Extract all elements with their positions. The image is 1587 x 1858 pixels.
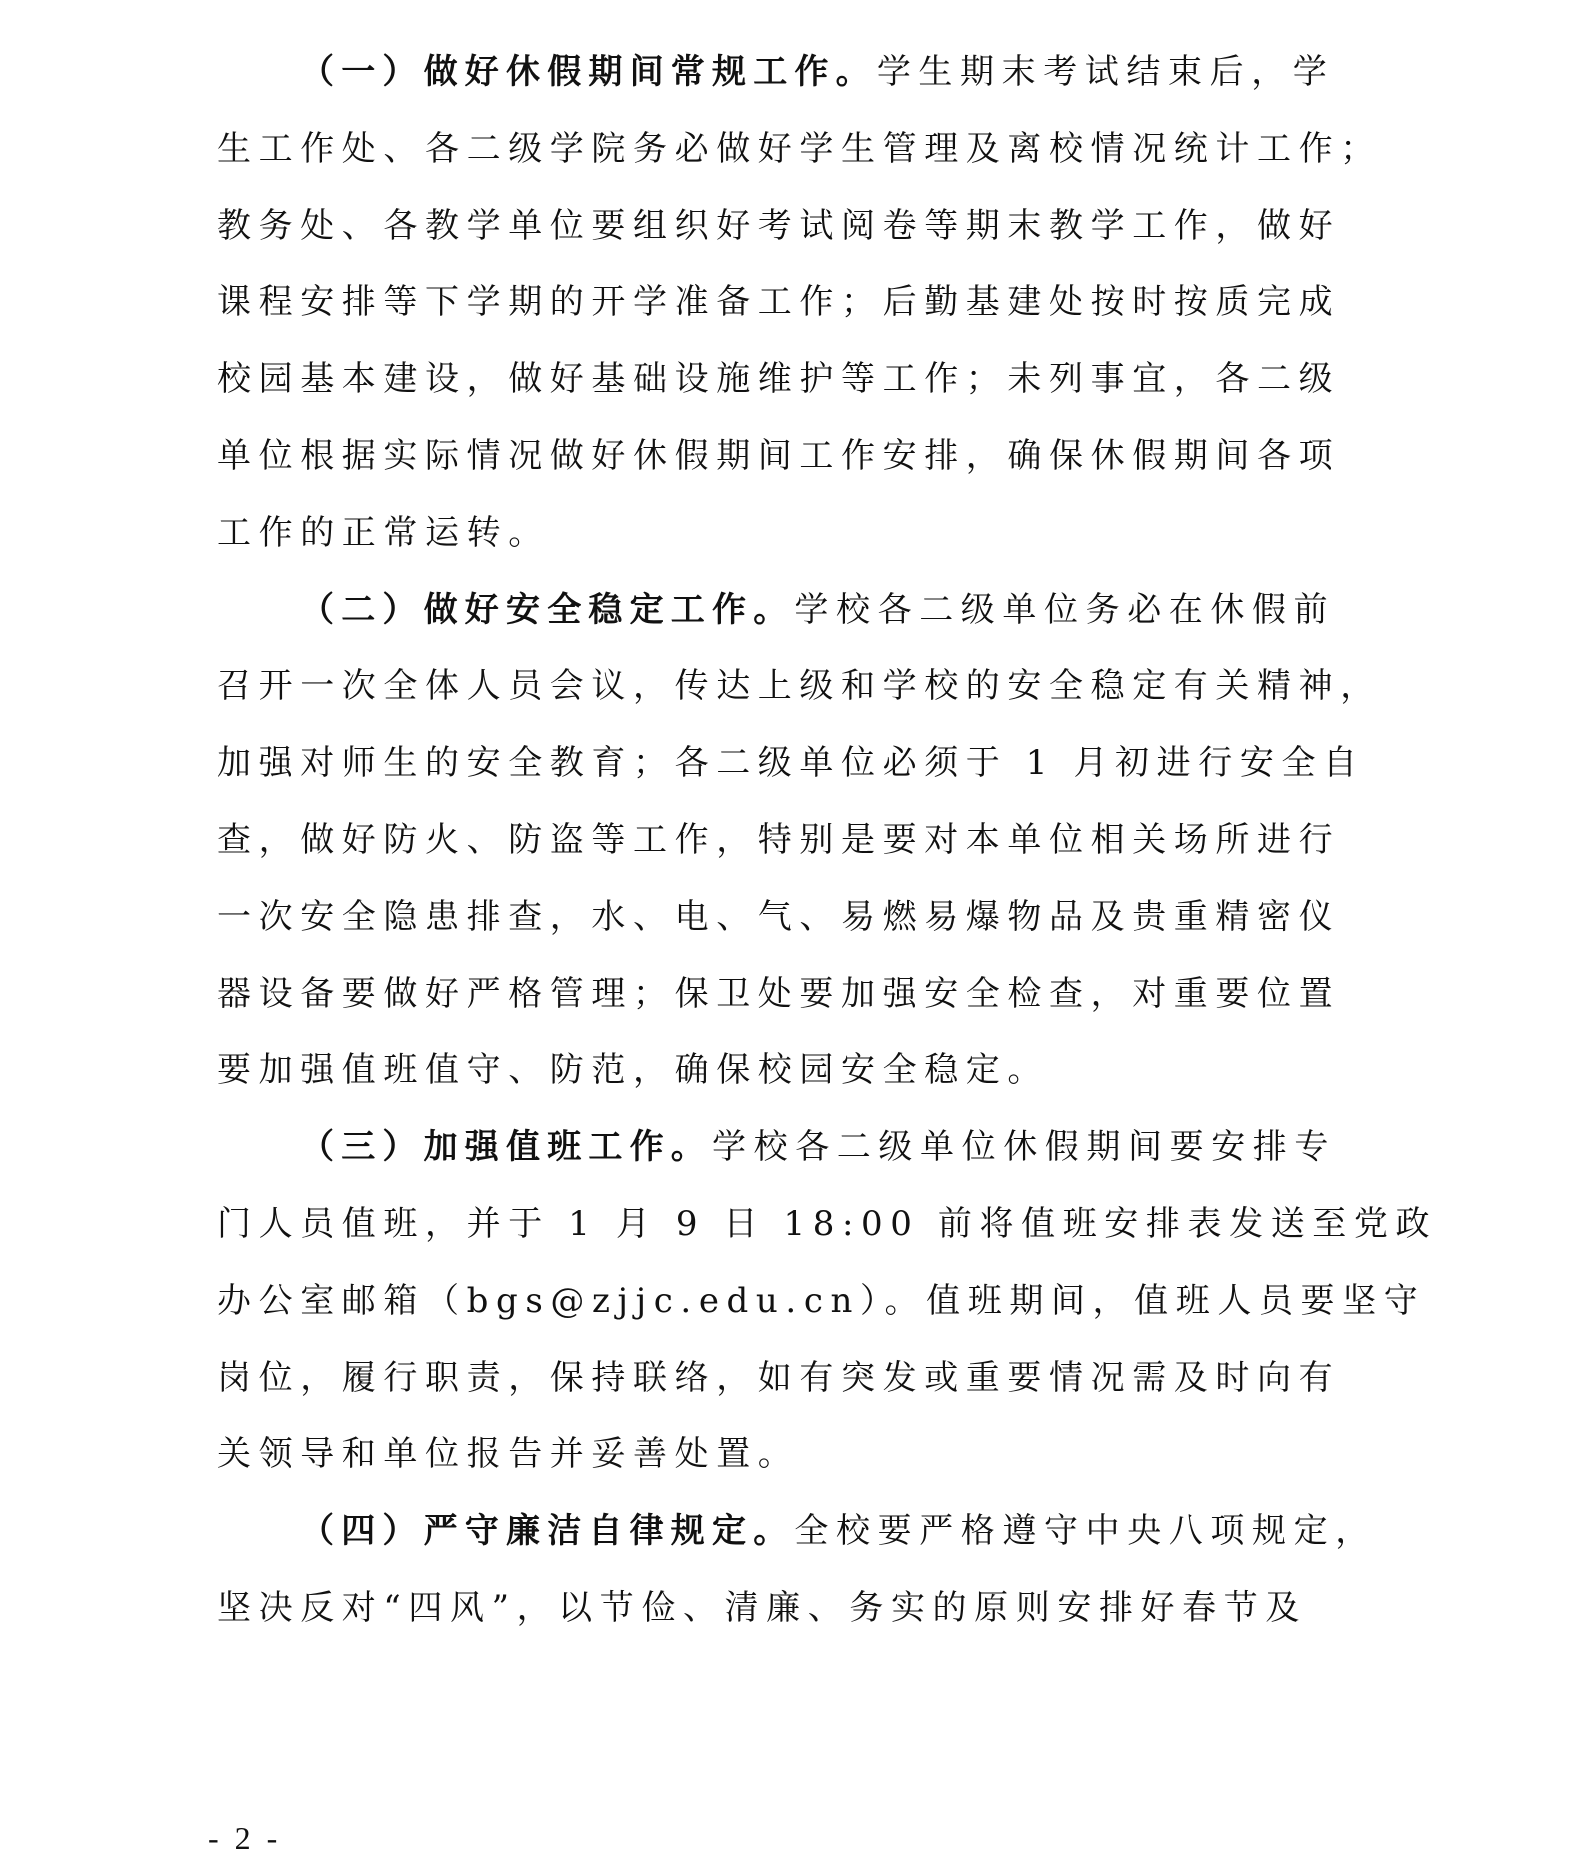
paragraph-line: 要加强值班值守、防范，确保校园安全稳定。	[217, 1032, 1389, 1109]
paragraph-line: 关领导和单位报告并妥善处置。	[217, 1416, 1389, 1493]
paragraph-line: 教务处、各教学单位要组织好考试阅卷等期末教学工作，做好	[217, 188, 1389, 265]
paragraph-line: 办公室邮箱（bgs@zjjc.edu.cn）。值班期间，值班人员要坚守	[217, 1263, 1389, 1340]
paragraph-line: （二）做好安全稳定工作。学校各二级单位务必在休假前	[217, 572, 1389, 649]
page-number: - 2 -	[208, 1818, 281, 1858]
paragraph-text: 课程安排等下学期的开学准备工作；后勤基建处按时按质完成	[217, 282, 1340, 322]
section-heading: （三）加强值班工作。	[300, 1127, 712, 1167]
paragraph-line: 召开一次全体人员会议，传达上级和学校的安全稳定有关精神，	[217, 648, 1389, 725]
section-4-integrity-rules: （四）严守廉洁自律规定。全校要严格遵守中央八项规定， 坚决反对“四风”，以节俭、…	[217, 1493, 1389, 1647]
section-heading: （一）做好休假期间常规工作。	[300, 52, 877, 92]
paragraph-text: 查，做好防火、防盗等工作，特别是要对本单位相关场所进行	[217, 820, 1340, 860]
paragraph-text: 岗位，履行职责，保持联络，如有突发或重要情况需及时向有	[217, 1358, 1340, 1398]
section-2-safety-stability: （二）做好安全稳定工作。学校各二级单位务必在休假前 召开一次全体人员会议，传达上…	[217, 572, 1389, 1110]
paragraph-line: 坚决反对“四风”，以节俭、清廉、务实的原则安排好春节及	[217, 1570, 1389, 1647]
paragraph-line: 一次安全隐患排查，水、电、气、易燃易爆物品及贵重精密仪	[217, 879, 1389, 956]
paragraph-line: 查，做好防火、防盗等工作，特别是要对本单位相关场所进行	[217, 802, 1389, 879]
paragraph-text: 要加强值班值守、防范，确保校园安全稳定。	[217, 1050, 1049, 1090]
paragraph-line: 门人员值班，并于 1 月 9 日 18:00 前将值班安排表发送至党政	[217, 1186, 1389, 1263]
paragraph-line: 校园基本建设，做好基础设施维护等工作；未列事宜，各二级	[217, 341, 1389, 418]
section-1-routine-work: （一）做好休假期间常规工作。学生期末考试结束后，学 生工作处、各二级学院务必做好…	[217, 34, 1389, 572]
document-page: （一）做好休假期间常规工作。学生期末考试结束后，学 生工作处、各二级学院务必做好…	[0, 0, 1587, 1858]
paragraph-text: 一次安全隐患排查，水、电、气、易燃易爆物品及贵重精密仪	[217, 897, 1340, 937]
paragraph-text: 学校各二级单位务必在休假前	[794, 590, 1335, 630]
paragraph-text: 单位根据实际情况做好休假期间工作安排，确保休假期间各项	[217, 436, 1340, 476]
section-3-duty-work: （三）加强值班工作。学校各二级单位休假期间要安排专 门人员值班，并于 1 月 9…	[217, 1109, 1389, 1493]
paragraph-text: 全校要严格遵守中央八项规定，	[794, 1511, 1376, 1551]
paragraph-text: 教务处、各教学单位要组织好考试阅卷等期末教学工作，做好	[217, 206, 1340, 246]
document-body: （一）做好休假期间常规工作。学生期末考试结束后，学 生工作处、各二级学院务必做好…	[217, 34, 1389, 1647]
paragraph-text: 工作的正常运转。	[217, 513, 550, 553]
paragraph-line: 岗位，履行职责，保持联络，如有突发或重要情况需及时向有	[217, 1340, 1389, 1417]
paragraph-line: 器设备要做好严格管理；保卫处要加强安全检查，对重要位置	[217, 956, 1389, 1033]
paragraph-text: 学生期末考试结束后，学	[877, 52, 1335, 92]
paragraph-line: 生工作处、各二级学院务必做好学生管理及离校情况统计工作；	[217, 111, 1389, 188]
paragraph-line: （一）做好休假期间常规工作。学生期末考试结束后，学	[217, 34, 1389, 111]
paragraph-line: （三）加强值班工作。学校各二级单位休假期间要安排专	[217, 1109, 1389, 1186]
paragraph-line: （四）严守廉洁自律规定。全校要严格遵守中央八项规定，	[217, 1493, 1389, 1570]
paragraph-text: 门人员值班，并于 1 月 9 日 18:00 前将值班安排表发送至党政	[217, 1204, 1437, 1244]
section-heading: （二）做好安全稳定工作。	[300, 590, 794, 630]
paragraph-line: 加强对师生的安全教育；各二级单位必须于 1 月初进行安全自	[217, 725, 1389, 802]
paragraph-text: 学校各二级单位休假期间要安排专	[712, 1127, 1336, 1167]
paragraph-text: 生工作处、各二级学院务必做好学生管理及离校情况统计工作；	[217, 129, 1382, 169]
paragraph-text: 校园基本建设，做好基础设施维护等工作；未列事宜，各二级	[217, 359, 1340, 399]
paragraph-line: 工作的正常运转。	[217, 495, 1389, 572]
paragraph-line: 课程安排等下学期的开学准备工作；后勤基建处按时按质完成	[217, 264, 1389, 341]
paragraph-text: 召开一次全体人员会议，传达上级和学校的安全稳定有关精神，	[217, 666, 1382, 706]
paragraph-text: 器设备要做好严格管理；保卫处要加强安全检查，对重要位置	[217, 974, 1340, 1014]
paragraph-text: 关领导和单位报告并妥善处置。	[217, 1434, 799, 1474]
paragraph-line: 单位根据实际情况做好休假期间工作安排，确保休假期间各项	[217, 418, 1389, 495]
paragraph-text: 坚决反对“四风”，以节俭、清廉、务实的原则安排好春节及	[217, 1588, 1307, 1628]
paragraph-text: 加强对师生的安全教育；各二级单位必须于 1 月初进行安全自	[217, 743, 1365, 783]
paragraph-text: 办公室邮箱（bgs@zjjc.edu.cn）。值班期间，值班人员要坚守	[217, 1281, 1425, 1321]
section-heading: （四）严守廉洁自律规定。	[300, 1511, 794, 1551]
